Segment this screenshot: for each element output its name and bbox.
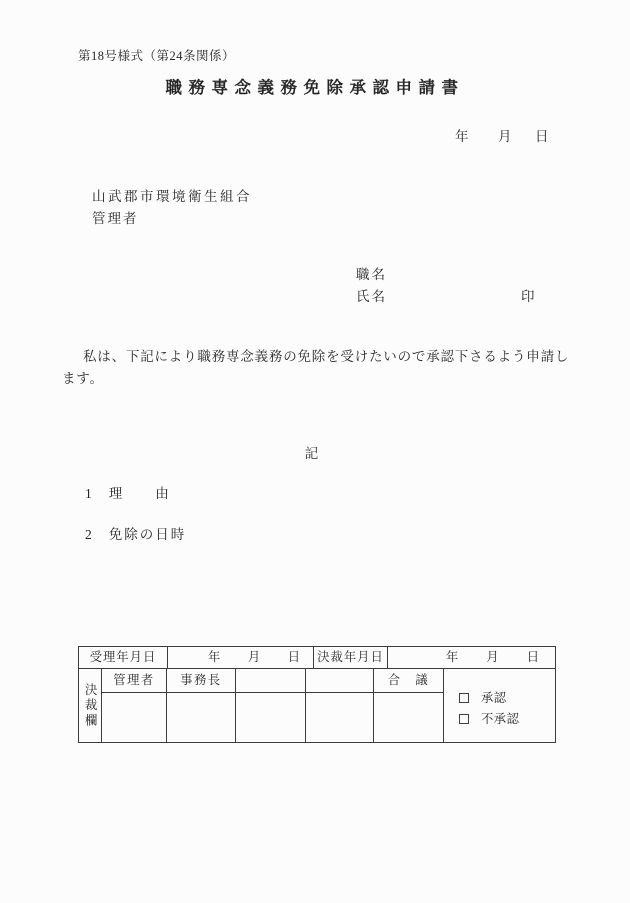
approval-column-header: 決裁欄 <box>79 669 102 742</box>
approver-title <box>306 669 373 693</box>
checkbox-icon <box>459 693 469 703</box>
seal-label: 印 <box>521 289 535 305</box>
received-day-label: 日 <box>288 651 300 663</box>
date-month-label: 月 <box>498 129 512 145</box>
date-year-label: 年 <box>455 129 469 145</box>
approval-table: 受理年月日 年 月 日 決裁年月日 年 月 日 決裁欄 管理者 事務長 <box>78 646 556 743</box>
decision-year-label: 年 <box>446 651 458 663</box>
applicant-name-label: 氏名 <box>356 289 387 305</box>
received-date-fields: 年 月 日 <box>168 647 314 668</box>
item-number: 1 <box>85 486 92 501</box>
decision-month-label: 月 <box>486 651 498 663</box>
body-paragraph-line-2: ます。 <box>62 371 104 387</box>
decision-option-label: 承認 <box>481 692 507 704</box>
addressee-organization: 山武郡市環境衛生組合 <box>92 189 252 205</box>
approver-title: 管理者 <box>102 669 166 693</box>
applicant-position-label: 職名 <box>356 267 387 283</box>
approver-column-blank-2 <box>306 669 374 742</box>
item-number: 2 <box>85 527 92 542</box>
item-label: 理 由 <box>109 486 171 501</box>
record-marker: 記 <box>0 446 624 462</box>
form-number: 第18号様式（第24条関係） <box>78 49 235 63</box>
stamp-cell <box>102 693 166 742</box>
approval-table-body: 決裁欄 管理者 事務長 合 議 <box>79 669 555 742</box>
decision-date-header: 決裁年月日 <box>314 647 388 668</box>
addressee-role: 管理者 <box>92 211 139 227</box>
stamp-cell <box>306 693 373 742</box>
decision-option-approve: 承認 <box>459 692 555 704</box>
stamp-cell <box>374 693 443 742</box>
received-month-label: 月 <box>248 651 260 663</box>
list-item-exemption-datetime: 2免除の日時 <box>85 527 186 543</box>
decision-day-label: 日 <box>527 651 539 663</box>
approver-column-blank-1 <box>236 669 306 742</box>
decision-result-cell: 承認 不承認 <box>444 669 555 742</box>
item-label: 免除の日時 <box>109 527 187 542</box>
list-item-reason: 1理 由 <box>85 486 171 502</box>
approver-column-manager: 管理者 <box>102 669 167 742</box>
body-paragraph-line-1: 私は、下記により職務専念義務の免除を受けたいので承認下さるよう申請し <box>83 349 569 365</box>
document-page: 第18号様式（第24条関係） 職務専念義務免除承認申請書 年 月 日 山武郡市環… <box>0 0 630 903</box>
approver-title: 事務長 <box>167 669 235 693</box>
page-title: 職務専念義務免除承認申請書 <box>0 79 630 98</box>
stamp-cell <box>236 693 305 742</box>
decision-option-reject: 不承認 <box>459 713 555 725</box>
decision-option-label: 不承認 <box>481 713 519 725</box>
application-date-line: 年 月 日 <box>0 129 630 147</box>
received-date-header: 受理年月日 <box>79 647 168 668</box>
approver-column-secretary-general: 事務長 <box>167 669 236 742</box>
approval-table-header: 受理年月日 年 月 日 決裁年月日 年 月 日 <box>79 647 555 669</box>
received-year-label: 年 <box>208 651 220 663</box>
approval-column-label: 決裁欄 <box>84 683 96 729</box>
approver-column-council: 合 議 <box>374 669 444 742</box>
approver-title: 合 議 <box>374 669 443 693</box>
date-day-label: 日 <box>535 129 549 145</box>
stamp-cell <box>167 693 235 742</box>
checkbox-icon <box>459 714 469 724</box>
decision-date-fields: 年 月 日 <box>388 647 555 668</box>
approver-title <box>236 669 305 693</box>
